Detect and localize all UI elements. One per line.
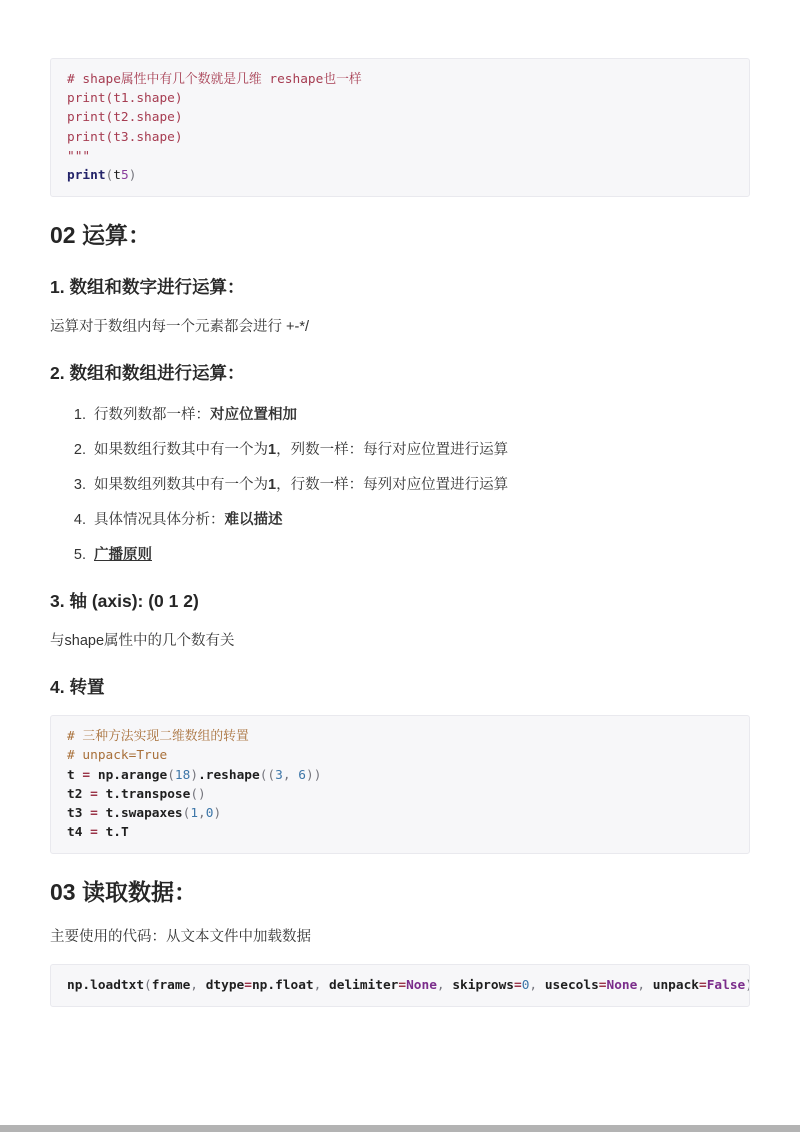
code-line: t3 = t.swapaxes(1,0)	[67, 804, 733, 823]
code-line: print(t1.shape)	[67, 89, 733, 108]
code-line: # unpack=True	[67, 746, 733, 765]
paragraph-read-data: 主要使用的代码：从文本文件中加载数据	[50, 925, 750, 946]
page-bottom-separator	[0, 1125, 800, 1132]
heading-transpose: 4. 转置	[50, 674, 750, 699]
markdown-document: # shape属性中有几个数就是几维 reshape也一样print(t1.sh…	[0, 0, 800, 1007]
list-item: 具体情况具体分析：难以描述	[90, 508, 750, 529]
list-item-text: 对应位置相加	[210, 407, 297, 423]
list-item-text: 如果数组行数其中有一个为	[94, 442, 268, 458]
list-item-text: 1	[268, 477, 276, 493]
paragraph-array-number-ops: 运算对于数组内每一个元素都会进行 +-*/	[50, 315, 750, 336]
code-line: t = np.arange(18).reshape((3, 6))	[67, 766, 733, 785]
heading-axis: 3. 轴 (axis): (0 1 2)	[50, 588, 750, 613]
heading-array-array-ops: 2. 数组和数组进行运算：	[50, 360, 750, 385]
list-item-text: 难以描述	[225, 512, 283, 528]
list-item-link[interactable]: 广播原则	[90, 543, 750, 564]
code-line: # 三种方法实现二维数组的转置	[67, 727, 733, 746]
code-block-loadtxt: np.loadtxt(frame, dtype=np.float, delimi…	[50, 964, 750, 1007]
heading-array-number-ops: 1. 数组和数字进行运算：	[50, 274, 750, 299]
list-item-text: 如果数组列数其中有一个为	[94, 477, 268, 493]
list-item-text: 具体情况具体分析：	[94, 512, 225, 528]
code-line: print(t5)	[67, 166, 733, 185]
list-item: 行数列数都一样：对应位置相加	[90, 403, 750, 424]
heading-read-data: 03 读取数据：	[50, 874, 750, 907]
list-item-text: ，行数一样：每列对应位置进行运算	[276, 477, 508, 493]
array-ops-rules-list: 行数列数都一样：对应位置相加如果数组行数其中有一个为1，列数一样：每行对应位置进…	[50, 403, 750, 564]
paragraph-axis: 与shape属性中的几个数有关	[50, 629, 750, 650]
heading-operations: 02 运算：	[50, 217, 750, 250]
list-item-text: ，列数一样：每行对应位置进行运算	[276, 442, 508, 458]
list-item: 如果数组行数其中有一个为1，列数一样：每行对应位置进行运算	[90, 438, 750, 459]
code-line: # shape属性中有几个数就是几维 reshape也一样	[67, 70, 733, 89]
code-block-shape-print: # shape属性中有几个数就是几维 reshape也一样print(t1.sh…	[50, 58, 750, 197]
code-line: t4 = t.T	[67, 823, 733, 842]
list-item-text: 1	[268, 442, 276, 458]
code-line: print(t2.shape)	[67, 108, 733, 127]
code-line: print(t3.shape)	[67, 128, 733, 147]
code-line: np.loadtxt(frame, dtype=np.float, delimi…	[67, 976, 733, 995]
list-item: 如果数组列数其中有一个为1，行数一样：每列对应位置进行运算	[90, 473, 750, 494]
list-item-text: 广播原则	[94, 547, 152, 563]
code-line: """	[67, 147, 733, 166]
code-line: t2 = t.transpose()	[67, 785, 733, 804]
code-block-transpose: # 三种方法实现二维数组的转置# unpack=Truet = np.arang…	[50, 715, 750, 854]
list-item-text: 行数列数都一样：	[94, 407, 210, 423]
